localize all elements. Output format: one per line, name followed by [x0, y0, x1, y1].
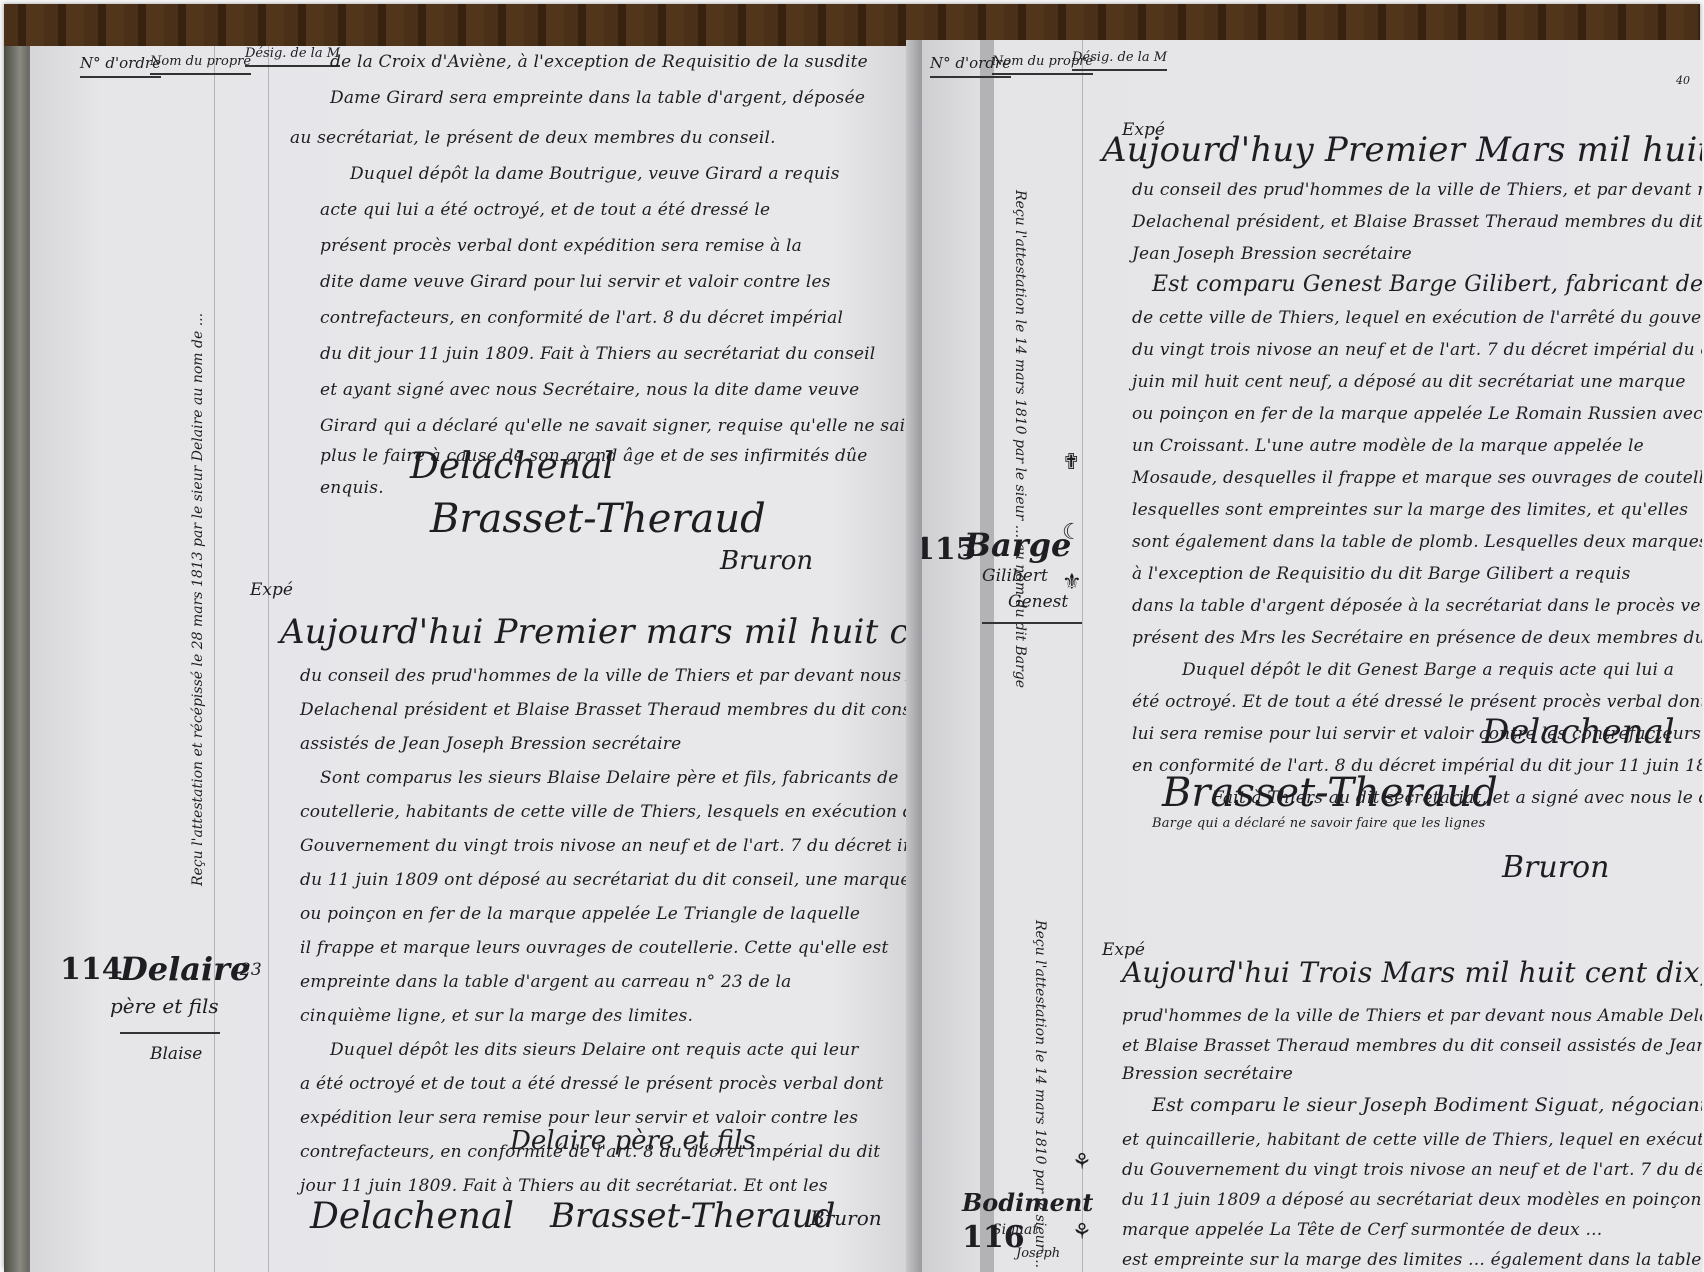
column-rule [1082, 40, 1083, 1272]
signature-bruron: Bruron [810, 1206, 882, 1230]
text-line: présent des Mrs les Secrétaire en présen… [1132, 628, 1702, 648]
text-line: Est comparu Genest Barge Gilibert, fabri… [1152, 272, 1702, 297]
header-order-number: N° d'ordre [80, 54, 161, 78]
text-line: a été octroyé et de tout a été dressé le… [300, 1074, 884, 1094]
text-line: expédition leur sera remise pour leur se… [300, 1108, 858, 1128]
text-line: au secrétariat, le présent de deux membr… [290, 128, 776, 148]
text-line: cinquième ligne, et sur la marge des lim… [300, 1006, 693, 1026]
column-rule [268, 46, 269, 1272]
mark-glyph-stag-head-icon: ⚘ [1072, 1220, 1092, 1245]
mark-glyph-fleur-icon: ⚜ [1062, 570, 1082, 595]
text-line: et Blaise Brasset Theraud membres du dit… [1122, 1036, 1702, 1056]
page-corner-number: 40 [1676, 74, 1690, 87]
text-line: Aujourd'hui Trois Mars mil huit cent dix… [1122, 956, 1702, 989]
text-line: jour 11 juin 1809. Fait à Thiers au dit … [300, 1176, 828, 1196]
text-line: Delachenal président et Blaise Brasset T… [300, 700, 920, 720]
signature-delachenal: Delachenal [410, 446, 614, 487]
entry-name-114: Delaire [120, 950, 250, 988]
text-line: coutellerie, habitants de cette ville de… [300, 802, 920, 822]
text-line: du conseil des prud'hommes de la ville d… [1132, 180, 1702, 200]
text-line: du vingt trois nivose an neuf et de l'ar… [1132, 340, 1702, 360]
margin-note-115: Reçu l'attestation le 14 mars 1810 par l… [1012, 190, 1028, 480]
text-line: de cette ville de Thiers, lequel en exéc… [1132, 308, 1702, 328]
signature-bruron: Bruron [1502, 850, 1609, 885]
divider [120, 1032, 220, 1034]
text-line: lesquelles sont empreintes sur la marge … [1132, 500, 1688, 520]
text-line: à l'exception de Requisitio du dit Barge… [1132, 564, 1631, 584]
text-line: dans la table d'argent déposée à la secr… [1132, 596, 1702, 616]
text-line: Duquel dépôt le dit Genest Barge a requi… [1182, 660, 1674, 680]
text-line: du 11 juin 1809 a déposé au secrétariat … [1122, 1190, 1702, 1210]
text-line: du dit jour 11 juin 1809. Fait à Thiers … [320, 344, 875, 364]
text-line: Mosaude, desquelles il frappe et marque … [1132, 468, 1702, 488]
entry-name-116: Bodiment [962, 1188, 1093, 1217]
text-line: présent procès verbal dont expédition se… [320, 236, 802, 256]
entry-firstname-116: Joseph [1016, 1246, 1060, 1261]
column-rule [214, 46, 215, 1272]
text-line: été octroyé. Et de tout a été dressé le … [1132, 692, 1702, 712]
right-page: N° d'ordre Nom du propre Désig. de la M … [922, 40, 1702, 1272]
entry-subtitle-116: Siguat [992, 1222, 1038, 1238]
text-line: Aujourd'huy Premier Mars mil huit cent d… [1102, 130, 1702, 170]
text-line: marque appelée La Tête de Cerf surmontée… [1122, 1220, 1602, 1240]
text-line: et ayant signé avec nous Secrétaire, nou… [320, 380, 859, 400]
signature-brasset-theraud: Brasset-Theraud [1162, 770, 1498, 816]
entry-subtitle-115: Gilibert [982, 566, 1048, 586]
text-line: Girard qui a déclaré qu'elle ne savait s… [320, 416, 912, 436]
text-line: il frappe et marque leurs ouvrages de co… [300, 938, 888, 958]
signature-bruron: Bruron [720, 546, 813, 576]
text-line: Est comparu le sieur Joseph Bodiment Sig… [1152, 1094, 1702, 1116]
text-line: Duquel dépôt les dits sieurs Delaire ont… [330, 1040, 859, 1060]
entry-subtitle-114: père et fils [110, 994, 219, 1018]
text-line: et quincaillerie, habitant de cette vill… [1122, 1130, 1702, 1150]
signature-brasset-theraud: Brasset-Theraud [430, 496, 766, 542]
mark-glyph-crescent-icon: ☾ [1062, 520, 1082, 545]
expedition-label: Expé [250, 580, 293, 600]
signature-brasset-theraud: Brasset-Theraud [550, 1196, 835, 1236]
text-line: Delachenal président, et Blaise Brasset … [1132, 212, 1702, 232]
signature-delachenal: Delachenal [310, 1196, 514, 1237]
divider [982, 622, 1082, 624]
text-line: est empreinte sur la marge des limites .… [1122, 1250, 1702, 1270]
entry-name-115: Barge [964, 526, 1071, 564]
column-rule [980, 40, 994, 1272]
text-line: acte qui lui a été octroyé, et de tout a… [320, 200, 770, 220]
text-line: de la Croix d'Aviène, à l'exception de R… [330, 52, 868, 72]
text-line: Gouvernement du vingt trois nivose an ne… [300, 836, 920, 856]
text-line: du conseil des prud'hommes de la ville d… [300, 666, 920, 686]
text-line: sont également dans la table de plomb. L… [1132, 532, 1702, 552]
text-line: Dame Girard sera empreinte dans la table… [330, 88, 865, 108]
entry-number-114: 114 [60, 952, 123, 987]
mark-glyph-cross-icon: ✟ [1062, 450, 1080, 475]
entry-firstname-114: Blaise [150, 1044, 202, 1064]
text-line: Bression secrétaire [1122, 1064, 1293, 1084]
text-line: empreinte dans la table d'argent au carr… [300, 972, 791, 992]
left-page: N° d'ordre Nom du propre Désig. de la M … [30, 46, 920, 1272]
text-line: assistés de Jean Joseph Bression secréta… [300, 734, 681, 754]
text-line: du Gouvernement du vingt trois nivose an… [1122, 1160, 1702, 1180]
text-line: ou poinçon en fer de la marque appelée L… [300, 904, 860, 924]
text-line: Aujourd'hui Premier mars mil huit cent d… [280, 612, 920, 652]
text-line: ou poinçon en fer de la marque appelée L… [1132, 404, 1702, 424]
text-line: dite dame veuve Girard pour lui servir e… [320, 272, 831, 292]
header-owner-name: Nom du propre [150, 54, 251, 75]
text-line: du 11 juin 1809 ont déposé au secrétaria… [300, 870, 920, 890]
text-line: enquis. [320, 478, 384, 498]
header-mark-designation: Désig. de la M [245, 46, 340, 67]
signature-delachenal: Delachenal [1482, 712, 1675, 752]
text-line: prud'hommes de la ville de Thiers et par… [1122, 1006, 1702, 1026]
entry-side-number-114: 23 [240, 960, 262, 980]
text-line: Barge qui a déclaré ne savoir faire que … [1152, 816, 1485, 831]
text-line: un Croissant. L'une autre modèle de la m… [1132, 436, 1644, 456]
margin-note-114: Reçu l'attestation et récépissé le 28 ma… [190, 586, 206, 886]
text-line: Duquel dépôt la dame Boutrigue, veuve Gi… [350, 164, 840, 184]
mark-glyph-stag-head-icon: ⚘ [1072, 1150, 1092, 1175]
signature-delaire: Delaire père et fils [510, 1126, 756, 1156]
text-line: Sont comparus les sieurs Blaise Delaire … [320, 768, 899, 788]
margin-note-116: Reçu l'attestation le 14 mars 1810 par l… [1032, 920, 1048, 1190]
header-mark-designation: Désig. de la M [1072, 50, 1167, 71]
text-line: contrefacteurs, en conformité de l'art. … [320, 308, 843, 328]
text-line: juin mil huit cent neuf, a déposé au dit… [1132, 372, 1686, 392]
text-line: Jean Joseph Bression secrétaire [1132, 244, 1412, 264]
entry-firstname-115: Genest [1008, 592, 1068, 612]
